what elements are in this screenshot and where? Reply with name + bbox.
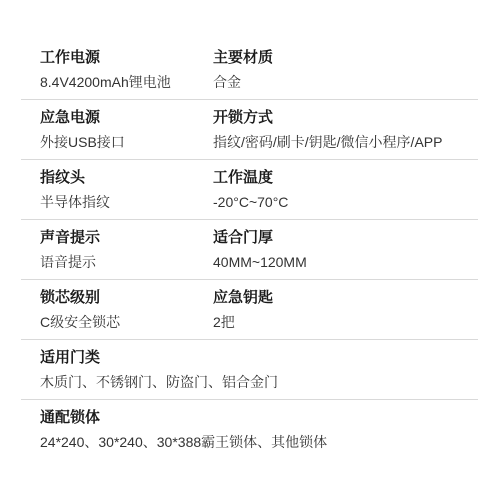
spec-cell-working-power: 工作电源 8.4V4200mAh锂电池 [40, 48, 213, 92]
spec-value: 40MM~120MM [213, 252, 307, 272]
spec-label: 适合门厚 [213, 228, 307, 248]
spec-cell-door-thickness: 适合门厚 40MM~120MM [213, 228, 307, 272]
spec-cell-unlock-methods: 开锁方式 指纹/密码/刷卡/钥匙/微信小程序/APP [213, 108, 442, 152]
spec-value: 语音提示 [40, 252, 213, 272]
spec-label: 通配锁体 [40, 408, 478, 428]
spec-row-sound: 声音提示 语音提示 适合门厚 40MM~120MM [0, 220, 500, 279]
spec-label: 工作电源 [40, 48, 213, 68]
spec-row-fingerprint: 指纹头 半导体指纹 工作温度 -20°C~70°C [0, 160, 500, 219]
spec-cell-cylinder-grade: 锁芯级别 C级安全锁芯 [40, 288, 213, 332]
spec-label: 声音提示 [40, 228, 213, 248]
spec-value: 外接USB接口 [40, 132, 213, 152]
spec-label: 主要材质 [213, 48, 273, 68]
spec-sheet-page: 工作电源 8.4V4200mAh锂电池 主要材质 合金 应急电源 外接USB接口… [0, 0, 500, 485]
spec-label: 应急电源 [40, 108, 213, 128]
spec-cell-sound-prompt: 声音提示 语音提示 [40, 228, 213, 272]
spec-cell-fingerprint-head: 指纹头 半导体指纹 [40, 168, 213, 212]
spec-row-door-types: 适用门类 木质门、不锈钢门、防盗门、铝合金门 [0, 340, 500, 399]
spec-label: 工作温度 [213, 168, 288, 188]
spec-row-lock-bodies: 通配锁体 24*240、30*240、30*388霸王锁体、其他锁体 [0, 400, 500, 459]
spec-label: 指纹头 [40, 168, 213, 188]
spec-label: 开锁方式 [213, 108, 442, 128]
spec-row-power: 工作电源 8.4V4200mAh锂电池 主要材质 合金 [0, 40, 500, 99]
spec-value: 8.4V4200mAh锂电池 [40, 72, 213, 92]
spec-row-cylinder: 锁芯级别 C级安全锁芯 应急钥匙 2把 [0, 280, 500, 339]
spec-cell-compatible-lock-bodies: 通配锁体 24*240、30*240、30*388霸王锁体、其他锁体 [40, 408, 478, 452]
spec-row-emergency-power: 应急电源 外接USB接口 开锁方式 指纹/密码/刷卡/钥匙/微信小程序/APP [0, 100, 500, 159]
spec-value: -20°C~70°C [213, 192, 288, 212]
spec-label: 锁芯级别 [40, 288, 213, 308]
spec-value: 24*240、30*240、30*388霸王锁体、其他锁体 [40, 432, 478, 452]
spec-cell-emergency-power: 应急电源 外接USB接口 [40, 108, 213, 152]
spec-table: 工作电源 8.4V4200mAh锂电池 主要材质 合金 应急电源 外接USB接口… [0, 0, 500, 459]
spec-value: C级安全锁芯 [40, 312, 213, 332]
spec-cell-main-material: 主要材质 合金 [213, 48, 273, 92]
spec-value: 合金 [213, 72, 273, 92]
spec-label: 适用门类 [40, 348, 478, 368]
spec-value: 木质门、不锈钢门、防盗门、铝合金门 [40, 372, 478, 392]
spec-value: 半导体指纹 [40, 192, 213, 212]
spec-label: 应急钥匙 [213, 288, 273, 308]
spec-cell-applicable-doors: 适用门类 木质门、不锈钢门、防盗门、铝合金门 [40, 348, 478, 392]
spec-cell-working-temperature: 工作温度 -20°C~70°C [213, 168, 288, 212]
spec-value: 2把 [213, 312, 273, 332]
spec-value: 指纹/密码/刷卡/钥匙/微信小程序/APP [213, 132, 442, 152]
spec-cell-emergency-keys: 应急钥匙 2把 [213, 288, 273, 332]
